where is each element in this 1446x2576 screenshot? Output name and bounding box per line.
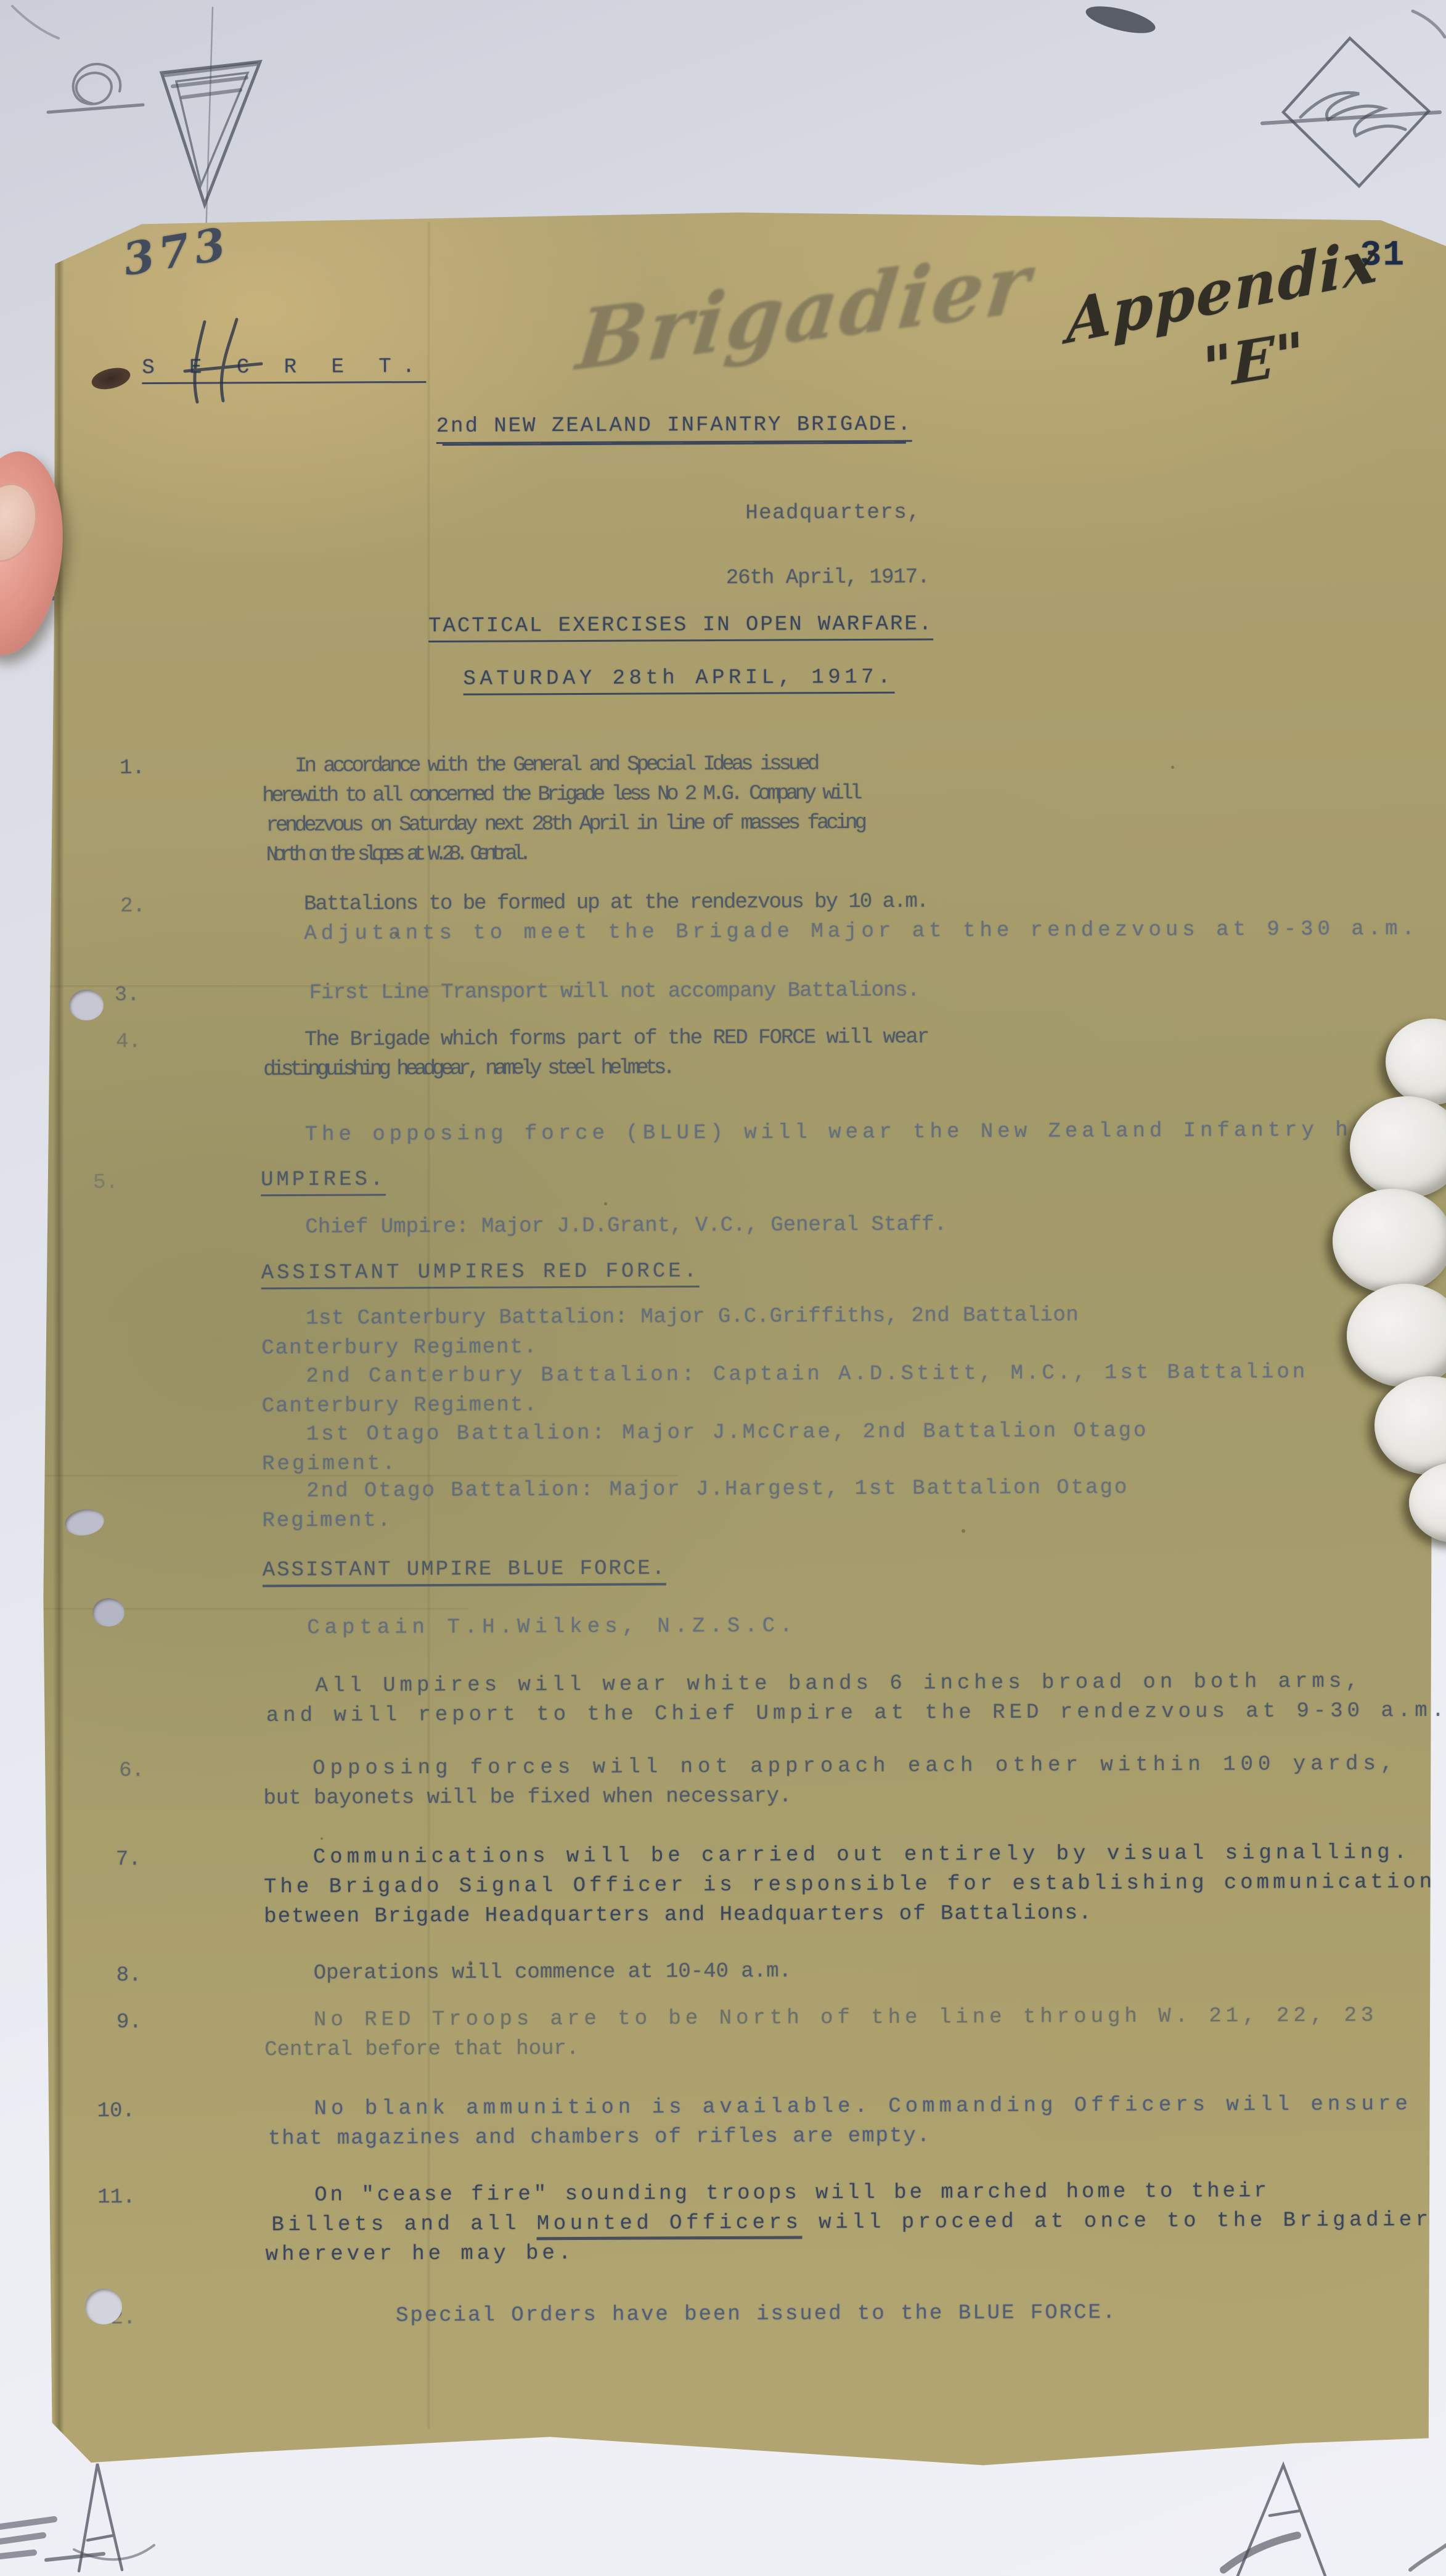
- cord-bump: [1333, 1189, 1446, 1294]
- scanned-document-photo: { "annotations": { "archive_stamp": "373…: [0, 0, 1446, 2576]
- br-corner-mark: [1410, 2545, 1446, 2570]
- triangle-doodle-br: [1238, 2465, 1325, 2576]
- punch-hole: [69, 990, 104, 1020]
- ink-scribble-over-secret: [185, 319, 261, 402]
- bl-edge-smears: [0, 2519, 54, 2556]
- punch-hole: [92, 1598, 125, 1626]
- punch-hole: [85, 2289, 122, 2324]
- fingernail: [0, 475, 47, 571]
- ink-scribble-and-bottom-doodles: [0, 0, 1446, 2576]
- br-diagonal-smear: [1223, 2535, 1297, 2570]
